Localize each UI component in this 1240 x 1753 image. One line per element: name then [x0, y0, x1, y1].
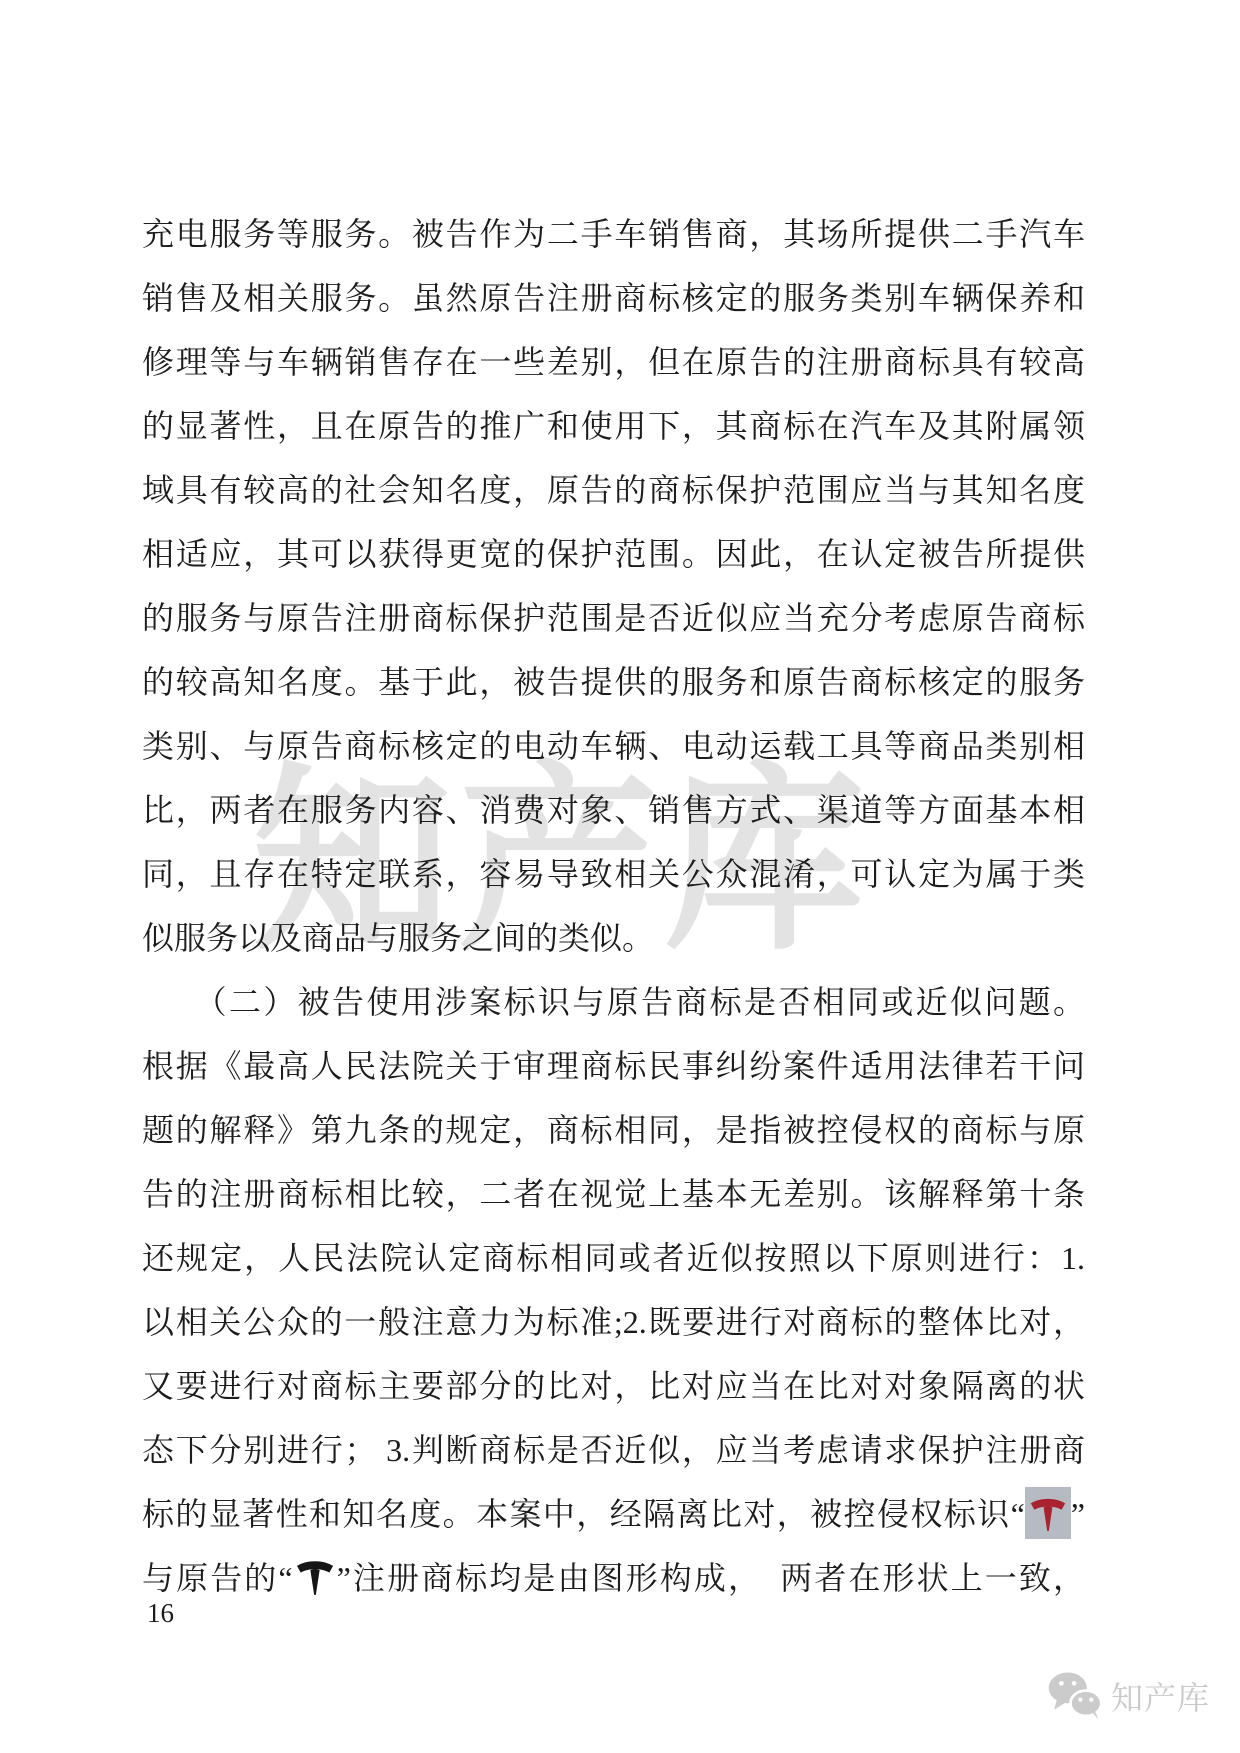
accused-infringing-mark-image — [1025, 1487, 1071, 1539]
document-page: 知产库 充电服务等服务。被告作为二手车销售商，其场所提供二手汽车销售及相关服务。… — [0, 0, 1240, 1753]
text-line: 比，两者在服务内容、消费对象、销售方式、渠道等方面基本相 — [142, 778, 1085, 842]
text-line: 销售及相关服务。虽然原告注册商标核定的服务类别车辆保养和 — [142, 266, 1085, 330]
text-line: 标的显著性和知名度。本案中，经隔离比对，被控侵权标识“ ” — [142, 1482, 1085, 1546]
text-line: 又要进行对商标主要部分的比对，比对应当在比对对象隔离的状 — [142, 1354, 1085, 1418]
plaintiff-registered-mark-image — [293, 1551, 337, 1601]
text-line: 修理等与车辆销售存在一些差别，但在原告的注册商标具有较高 — [142, 330, 1085, 394]
footer-brand-text: 知产库 — [1111, 1673, 1210, 1719]
page-number: 16 — [147, 1598, 174, 1629]
text-line: 态下分别进行； 3.判断商标是否近似，应当考虑请求保护注册商 — [142, 1418, 1085, 1482]
text-line: 的较高知名度。基于此，被告提供的服务和原告商标核定的服务 — [142, 650, 1085, 714]
text-line: 以相关公众的一般注意力为标准;2.既要进行对商标的整体比对， — [142, 1290, 1085, 1354]
text-block: 充电服务等服务。被告作为二手车销售商，其场所提供二手汽车销售及相关服务。虽然原告… — [142, 202, 1085, 1610]
text-line: 相适应，其可以获得更宽的保护范围。因此，在认定被告所提供 — [142, 522, 1085, 586]
text-line: 充电服务等服务。被告作为二手车销售商，其场所提供二手汽车 — [142, 202, 1085, 266]
text-line: 似服务以及商品与服务之间的类似。 — [142, 906, 1085, 970]
text-line: 的显著性，且在原告的推广和使用下，其商标在汽车及其附属领 — [142, 394, 1085, 458]
text-line: 题的解释》第九条的规定，商标相同，是指被控侵权的商标与原 — [142, 1098, 1085, 1162]
text-line: 告的注册商标相比较，二者在视觉上基本无差别。该解释第十条 — [142, 1162, 1085, 1226]
text-line: （二）被告使用涉案标识与原告商标是否相同或近似问题。 — [142, 970, 1085, 1034]
text-line: 类别、与原告商标核定的电动车辆、电动运载工具等商品类别相 — [142, 714, 1085, 778]
text-line: 的服务与原告注册商标保护范围是否近似应当充分考虑原告商标 — [142, 586, 1085, 650]
wechat-icon — [1046, 1670, 1104, 1722]
text-line: 还规定，人民法院认定商标相同或者近似按照以下原则进行：1. — [142, 1226, 1085, 1290]
text-line: 同，且存在特定联系，容易导致相关公众混淆，可认定为属于类 — [142, 842, 1085, 906]
text-line: 根据《最高人民法院关于审理商标民事纠纷案件适用法律若干问 — [142, 1034, 1085, 1098]
footer-brand: 知产库 — [1046, 1670, 1210, 1722]
text-line: 与原告的“ ”注册商标均是由图形构成， 两者在形状上一致， — [142, 1546, 1085, 1610]
text-line: 域具有较高的社会知名度，原告的商标保护范围应当与其知名度 — [142, 458, 1085, 522]
